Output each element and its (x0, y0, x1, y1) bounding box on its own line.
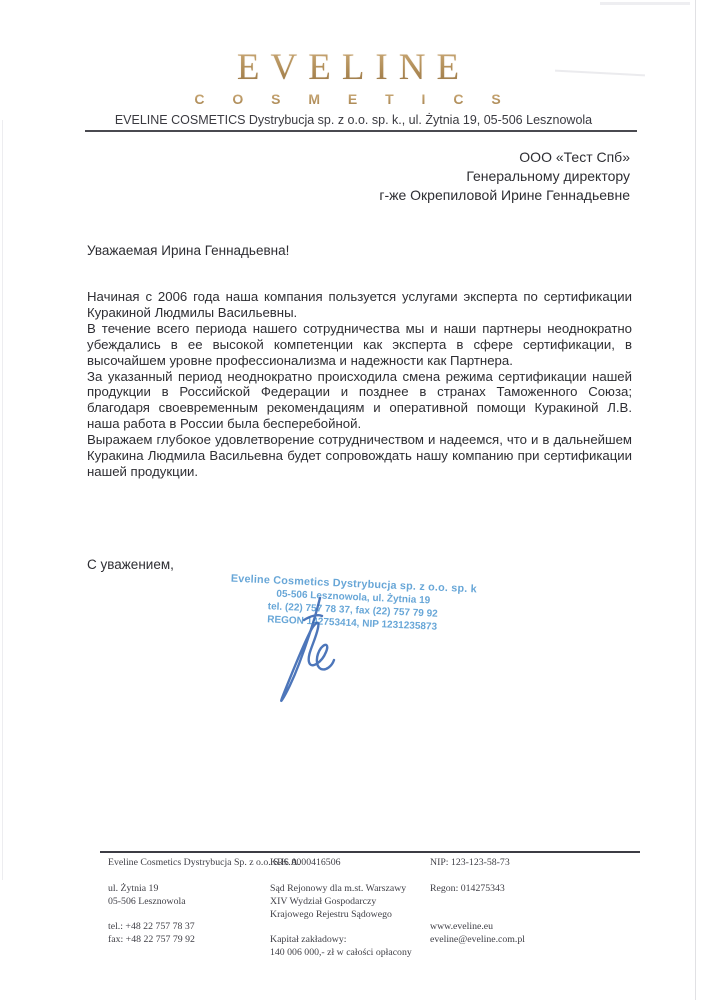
footer-court-line: XIV Wydział Gospodarczy (270, 896, 406, 909)
scan-corner-artifact (600, 2, 690, 5)
paragraph-4: Выражаем глубокое удовлетворение сотрудн… (87, 432, 632, 480)
handwritten-signature (252, 592, 382, 707)
footer-krs: KRS 0000416506 (270, 857, 341, 870)
scanned-letter-page: { "colors": { "logo_gold": "#b08d57", "s… (0, 0, 707, 1000)
footer-phone-tel: tel.: +48 22 757 78 37 (108, 921, 195, 934)
footer-company-address: ul. Żytnia 19 05-506 Lesznowola (108, 883, 186, 909)
recipient-person: г-же Окрепиловой Ирине Геннадьевне (0, 186, 630, 205)
letterhead-company-line: EVELINE COSMETICS Dystrybucja sp. z o.o.… (0, 113, 707, 127)
footer-website: www.eveline.eu (430, 921, 525, 934)
footer-court: Sąd Rejonowy dla m.st. Warszawy XIV Wydz… (270, 883, 406, 921)
salutation: Уважаемая Ирина Геннадьевна! (87, 243, 632, 258)
logo-brand-text: EVELINE (237, 46, 470, 89)
footer-company-phones: tel.: +48 22 757 78 37 fax: +48 22 757 7… (108, 921, 195, 947)
scan-edge-artifact (2, 120, 3, 880)
footer-address-street: ul. Żytnia 19 (108, 883, 186, 896)
recipient-company: ООО «Тест Спб» (0, 148, 630, 167)
footer-capital-label: Kapitał zakładowy: (270, 934, 412, 947)
scan-edge-artifact (695, 0, 696, 1000)
footer-web: www.eveline.eu eveline@eveline.com.pl (430, 921, 525, 947)
logo-sub-text: C O S M E T I C S (0, 91, 707, 107)
recipient-title: Генеральному директору (0, 167, 630, 186)
footer: Eveline Cosmetics Dystrybucja Sp. z o.o.… (0, 857, 707, 967)
footer-nip: NIP: 123-123-58-73 (430, 857, 510, 870)
footer-email: eveline@eveline.com.pl (430, 934, 525, 947)
footer-court-line: Sąd Rejonowy dla m.st. Warszawy (270, 883, 406, 896)
footer-capital-value: 140 006 000,- zł w całości opłacony (270, 947, 412, 960)
footer-court-line: Krajowego Rejestru Sądowego (270, 909, 406, 922)
closing-phrase: С уважением, (87, 557, 174, 572)
recipient-block: ООО «Тест Спб» Генеральному директору г-… (0, 148, 630, 205)
footer-address-city: 05-506 Lesznowola (108, 896, 186, 909)
paragraph-2: В течение всего периода нашего сотруднич… (87, 321, 632, 369)
paragraph-3: За указанный период неоднократно происхо… (87, 369, 632, 433)
company-logo: EVELINE C O S M E T I C S (0, 46, 707, 107)
footer-capital: Kapitał zakładowy: 140 006 000,- zł w ca… (270, 934, 412, 960)
footer-rule (100, 851, 640, 853)
footer-regon: Regon: 014275343 (430, 883, 505, 896)
footer-phone-fax: fax: +48 22 757 79 92 (108, 934, 195, 947)
letterhead-rule (85, 130, 637, 132)
letter-body: Начиная с 2006 года наша компания пользу… (87, 289, 632, 480)
paragraph-1: Начиная с 2006 года наша компания пользу… (87, 289, 632, 321)
